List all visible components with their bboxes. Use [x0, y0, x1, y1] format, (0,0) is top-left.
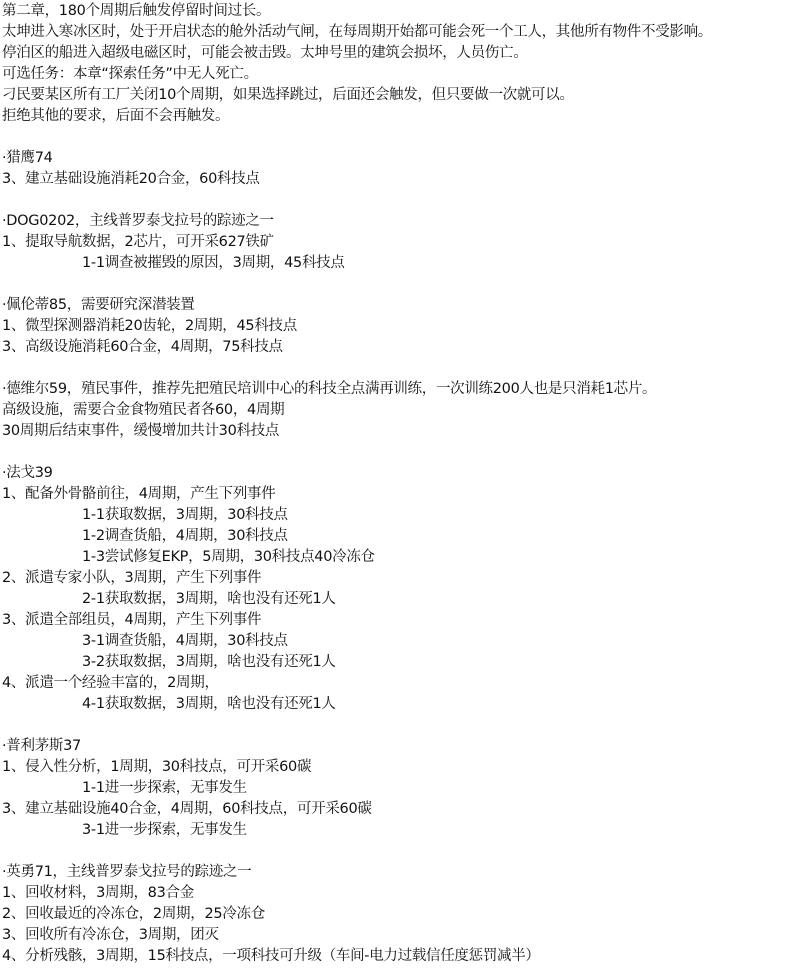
section-subline: 2-1获取数据，3周期，啥也没有还死1人: [2, 589, 807, 610]
intro-line: 第二章，180个周期后触发停留时间过长。: [2, 1, 807, 22]
section-line: 3、建立基础设施消耗20合金，60科技点: [2, 169, 807, 190]
section-line: 2、派遣专家小队，3周期，产生下列事件: [2, 568, 807, 589]
section-pulimaosi37: ·普利茅斯37 1、侵入性分析，1周期，30科技点，可开采60碳 1-1进一步探…: [2, 736, 807, 841]
section-title: ·猎鹰74: [2, 148, 807, 169]
section-subline: 1-3尝试修复EKP，5周期，30科技点40冷冻仓: [2, 547, 807, 568]
section-deweier59: ·德维尔59，殖民事件，推荐先把殖民培训中心的科技全点满再训练，一次训练200人…: [2, 379, 807, 442]
section-line: 30周期后结束事件，缓慢增加共计30科技点: [2, 421, 807, 442]
section-subline: 1-1进一步探索，无事发生: [2, 778, 807, 799]
section-subline: 3-2获取数据，3周期，啥也没有还死1人: [2, 652, 807, 673]
section-fage39: ·法戈39 1、配备外骨骼前往，4周期，产生下列事件 1-1获取数据，3周期，3…: [2, 463, 807, 715]
section-subline: 3-1进一步探索，无事发生: [2, 820, 807, 841]
spacer: [2, 127, 807, 148]
section-subline: 1-1调查被摧毁的原因，3周期，45科技点: [2, 253, 807, 274]
section-line: 3、回收所有冷冻仓，3周期，团灭: [2, 925, 807, 946]
spacer: [2, 274, 807, 295]
intro-line: 刁民要某区所有工厂关闭10个周期，如果选择跳过，后面还会触发，但只要做一次就可以…: [2, 85, 807, 106]
intro-line: 拒绝其他的要求，后面不会再触发。: [2, 106, 807, 127]
section-line: 1、微型探测器消耗20齿轮，2周期，45科技点: [2, 316, 807, 337]
section-subline: 4-1获取数据，3周期，啥也没有还死1人: [2, 694, 807, 715]
section-title: ·佩伦蒂85，需要研究深潜装置: [2, 295, 807, 316]
document-body: 第二章，180个周期后触发停留时间过长。 太坤进入寒冰区时，处于开启状态的舱外活…: [0, 0, 807, 967]
section-title: ·英勇71，主线普罗泰戈拉号的踪迹之一: [2, 862, 807, 883]
section-line: 3、派遣全部组员，4周期，产生下列事件: [2, 610, 807, 631]
section-line: 1、回收材料，3周期，83合金: [2, 883, 807, 904]
spacer: [2, 190, 807, 211]
section-line: 4、派遣一个经验丰富的，2周期，: [2, 673, 807, 694]
section-line: 4、分析残骸，3周期，15科技点，一项科技可升级（车间-电力过载信任度惩罚减半）: [2, 946, 807, 967]
section-lieying74: ·猎鹰74 3、建立基础设施消耗20合金，60科技点: [2, 148, 807, 190]
section-subline: 1-2调查货船，4周期，30科技点: [2, 526, 807, 547]
section-peilundi85: ·佩伦蒂85，需要研究深潜装置 1、微型探测器消耗20齿轮，2周期，45科技点 …: [2, 295, 807, 358]
section-subline: 1-1获取数据，3周期，30科技点: [2, 505, 807, 526]
section-line: 3、建立基础设施40合金，4周期，60科技点，可开采60碳: [2, 799, 807, 820]
intro-block: 第二章，180个周期后触发停留时间过长。 太坤进入寒冰区时，处于开启状态的舱外活…: [2, 1, 807, 127]
spacer: [2, 841, 807, 862]
section-title: ·普利茅斯37: [2, 736, 807, 757]
section-line: 1、侵入性分析，1周期，30科技点，可开采60碳: [2, 757, 807, 778]
section-title: ·德维尔59，殖民事件，推荐先把殖民培训中心的科技全点满再训练，一次训练200人…: [2, 379, 807, 400]
spacer: [2, 442, 807, 463]
section-subline: 3-1调查货船，4周期，30科技点: [2, 631, 807, 652]
intro-line: 可选任务：本章“探索任务”中无人死亡。: [2, 64, 807, 85]
section-line: 2、回收最近的冷冻仓，2周期，25冷冻仓: [2, 904, 807, 925]
section-line: 1、提取导航数据，2芯片，可开采627铁矿: [2, 232, 807, 253]
section-title: ·法戈39: [2, 463, 807, 484]
section-line: 高级设施，需要合金食物殖民者各60，4周期: [2, 400, 807, 421]
section-title: ·DOG0202，主线普罗泰戈拉号的踪迹之一: [2, 211, 807, 232]
section-line: 3、高级设施消耗60合金，4周期，75科技点: [2, 337, 807, 358]
spacer: [2, 358, 807, 379]
spacer: [2, 715, 807, 736]
section-dog0202: ·DOG0202，主线普罗泰戈拉号的踪迹之一 1、提取导航数据，2芯片，可开采6…: [2, 211, 807, 274]
intro-line: 太坤进入寒冰区时，处于开启状态的舱外活动气闸，在每周期开始都可能会死一个工人，其…: [2, 22, 807, 43]
intro-line: 停泊区的船进入超级电磁区时，可能会被击毁。太坤号里的建筑会损坏，人员伤亡。: [2, 43, 807, 64]
section-yingyong71: ·英勇71，主线普罗泰戈拉号的踪迹之一 1、回收材料，3周期，83合金 2、回收…: [2, 862, 807, 967]
section-line: 1、配备外骨骼前往，4周期，产生下列事件: [2, 484, 807, 505]
